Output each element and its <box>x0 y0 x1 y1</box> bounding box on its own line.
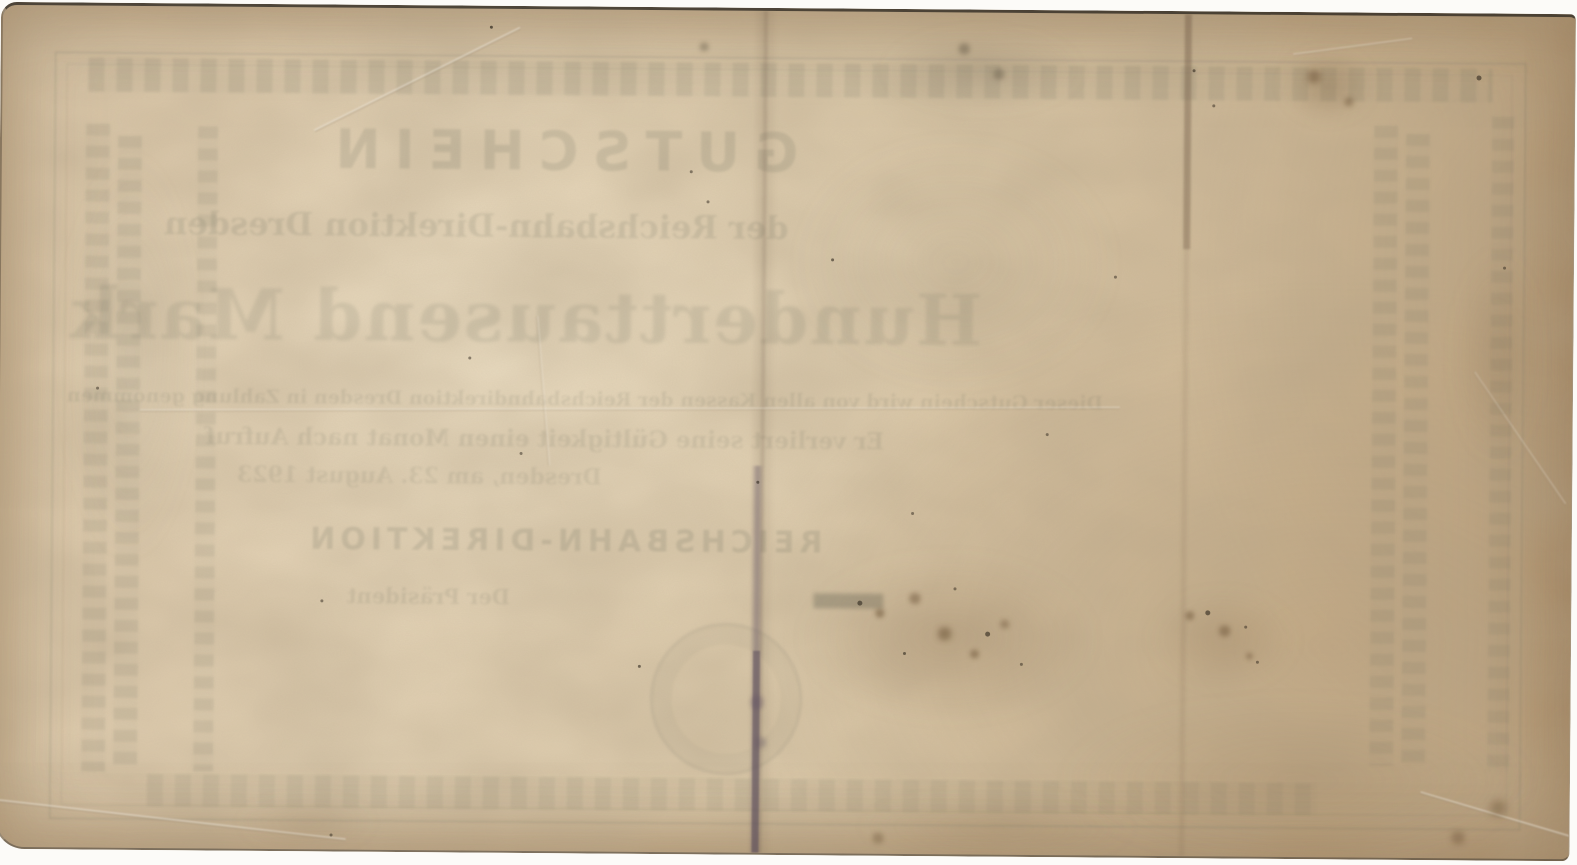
ghost-top-border-band <box>88 58 1492 103</box>
crease <box>0 798 346 841</box>
ghost-bottom-border-band <box>147 774 1317 815</box>
right-fold <box>1176 14 1193 856</box>
ghost-signature-title: Der Präsident <box>347 583 510 609</box>
ghost-signature-mark <box>813 593 883 609</box>
crease <box>1420 791 1576 845</box>
crease <box>314 27 521 132</box>
stain <box>1056 693 1537 861</box>
paper-specks <box>3 5 6 8</box>
ghost-right-margin-text <box>1401 134 1430 764</box>
ghost-left-margin-text <box>81 124 110 772</box>
stain <box>236 797 376 848</box>
ghost-right-margin-text <box>1369 126 1398 766</box>
crease <box>1293 38 1412 57</box>
banknote-reverse: GUTSCHEIN der Reichsbahn-Direktion Dresd… <box>0 2 1576 861</box>
stain <box>1282 50 1373 121</box>
ghost-authority-line: REICHSBAHN-DIREKTION <box>305 522 823 561</box>
right-fold-stain <box>1183 14 1192 249</box>
ghost-title: GUTSCHEIN <box>321 118 798 185</box>
stain-blotches <box>3 5 6 8</box>
ghost-right-margin-text <box>1487 117 1514 772</box>
stain <box>856 792 1137 862</box>
ghost-denomination: Hunderttausend Mark <box>69 272 983 362</box>
ghost-issuer-line: der Reichsbahn-Direktion Dresden <box>164 204 789 247</box>
stain <box>1148 589 1299 690</box>
stain <box>1451 246 1543 467</box>
ghost-left-margin-text <box>113 136 142 766</box>
crease <box>1473 372 1566 505</box>
ghost-date-line: Dresden, am 23. August 1923 <box>237 462 602 491</box>
stain <box>882 30 1083 112</box>
stain <box>797 551 1098 723</box>
ghost-seal <box>649 622 803 776</box>
